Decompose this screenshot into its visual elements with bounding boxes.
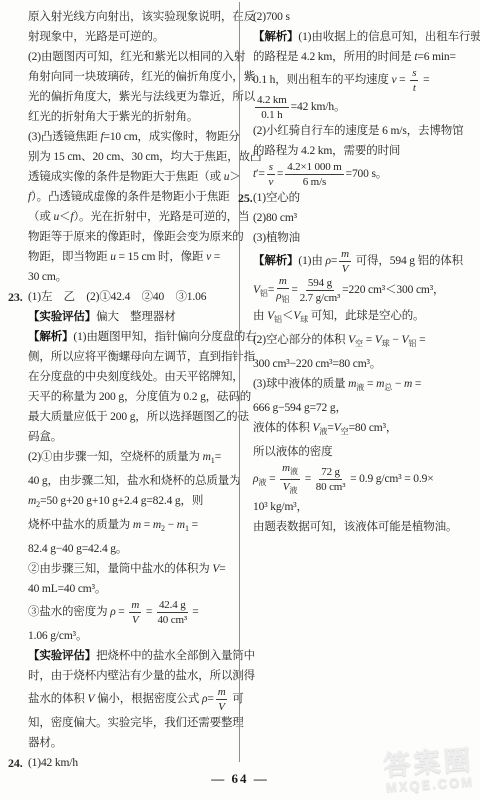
math-variable: v [206,251,211,263]
text-line: 【解析】(1)由题图甲知，指针偏向分度盘的右 [28,327,246,347]
text-line: 由题表数据可知，该液体可能是植物油。 [253,517,475,537]
text-line: 透镜成实像的条件是物距大于焦距（或 u＞ [28,167,246,187]
item-number: 25. [238,188,253,208]
text-line: 1.06 g/cm³。 [28,626,246,646]
text-line: (2)小红骑自行车的速度是 6 m/s，去博物馆 [253,121,475,141]
column-divider [239,2,240,762]
text-line: 物距等于原来的像距时，像距会变为原来的 [28,227,246,247]
math-variable: V [375,334,382,346]
fraction: mV [216,686,228,713]
text-line: m2=50 g+20 g+10 g+2.4 g=82.4 g，则 [28,491,246,515]
math-variable: u [110,251,116,263]
text-line: (2)①由步骤一知，空烧杯的质量为 m1= [28,447,246,471]
subscript: 铝 [260,289,268,298]
text-line: 原入射光线方向射出，该实验现象说明，在反 [28,7,246,27]
text-line: 天平的称量为 200 g，分度值为 0.2 g，砝码的 [28,387,246,407]
subscript: 液 [356,383,364,392]
text-line: ②由步骤三知，量筒中盐水的体积为 V= [28,559,246,579]
math-variable: m [341,248,349,260]
fraction: 4.2×1 000 m6 m/s [285,161,343,188]
math-variable: t [253,168,256,180]
fraction: 72 g80 cm³ [316,466,346,493]
text-line: 角射向同一块玻璃砖，红光的偏折角度小，紫 [28,67,246,87]
text-line: 时，由于烧杯内壁沾有少量的盐水，所以测得 [28,666,246,686]
text-line: 由 V铝＜V球 可知，此球是空心的。 [253,306,475,330]
math-variable: m [203,451,211,463]
text-line: 最大质量应低于 200 g，所以选择题图乙的砝 [28,407,246,427]
text-line: 盐水的体积 V 偏小，根据密度公式 ρ=mV 可 [28,686,246,713]
fraction: m液V液 [280,462,300,497]
math-variable: m [28,495,36,507]
text-line: 在分度盘的中央刻度线处。由天平铭牌知， [28,367,246,387]
item-number: 24. [8,753,23,773]
fraction: 594 g2.7 g/cm³ [300,277,340,304]
math-variable: V [218,701,225,713]
math-variable: m [133,519,141,531]
text-line: f）。凸透镜成虚像的条件是物距小于焦距 [28,187,246,207]
fraction: mV [339,248,351,275]
fraction: mρ铝 [276,275,289,306]
math-variable: t [413,82,416,94]
text-line: 82.4 g−40 g=42.4 g。 [28,539,246,559]
text-line: 23.(1)左 乙 (2)①42.4 ②40 ③1.06 [28,287,246,307]
fraction: sv [267,161,275,188]
text-line: 40 g，由步骤二知，盐水和烧杯的总质量为 [28,471,246,491]
subscript: 铝 [281,295,289,304]
text-line: (2)空心部分的体积 V空 = V球 − V铝 = [253,330,475,354]
math-variable: v [268,176,273,188]
subscript: 2 [36,500,40,509]
left-column: 原入射光线方向射出，该实验现象说明，在反射现象中，光路是可逆的。(2)由题图丙可… [28,7,246,773]
subscript: 2 [161,524,165,533]
fraction: st [410,67,418,94]
math-variable: V [132,614,139,626]
fraction: 4.2 km0.1 h [255,94,289,121]
text-line: ③盐水的密度为 ρ = mV = 42.4 g40 cm³ = [28,599,246,626]
math-variable: ρ [325,255,330,267]
math-variable: V [348,334,355,346]
text-line: V铝=mρ铝=594 g2.7 g/cm³=220 cm³＜300 cm³， [253,275,475,306]
math-variable: m [131,599,139,611]
watermark: 答案圈 MXQE.COM [383,746,476,795]
text-line: 0.1 h，则出租车的平均速度 v = st = [253,67,475,94]
math-variable: m [218,686,226,698]
text-line: 【解析】(1)由收据上的信息可知，出租车行驶 [253,27,475,47]
text-line: 物距，即当物距 u = 15 cm 时，像距 v = [28,247,246,267]
fraction: 42.4 g40 cm³ [157,599,188,626]
subscript: 液 [258,478,266,487]
math-variable: V [212,563,219,575]
text-line: 码盒。 [28,427,246,447]
subscript: 1 [185,524,189,533]
bold-text: 【解析】 [253,255,298,267]
right-column: (2)700 s【解析】(1)由收据上的信息可知，出租车行驶的路程是 4.2 k… [253,7,475,537]
text-line: 的路程为 4.2 km，需要的时间 [253,141,475,161]
subscript: 液 [290,467,298,476]
subscript: 液 [289,486,297,495]
bold-text: 【解析】 [253,31,298,43]
text-line: 24.(1)42 km/h [28,753,246,773]
text-line: 25.(1)空心的 [253,188,475,208]
bold-text: 【实验评估】 [28,650,96,662]
text-line: 40 mL=40 cm³。 [28,579,246,599]
text-line: 【实验评估】把烧杯中的盐水全部倒入量筒中 [28,646,246,666]
subscript: 铝 [408,339,416,348]
text-line: 光的偏折角度大，紫光与法线更为靠近，所以 [28,87,246,107]
math-variable: m [282,462,290,474]
text-line: (3)植物油 [253,228,475,248]
subscript: 空 [341,427,349,436]
subscript: 球 [300,315,308,324]
math-variable: m [279,275,287,287]
text-line: 射现象中，光路是可逆的。 [28,27,246,47]
math-variable: ρ [110,606,115,618]
math-variable: ρ [202,693,207,705]
math-variable: m [177,519,185,531]
item-number: 23. [8,287,23,307]
subscript: 总 [384,383,392,392]
bold-text: 【实验评估】 [28,311,96,323]
text-line: 666 g−594 g=72 g， [253,398,475,418]
math-variable: s [412,67,416,79]
math-variable: V [267,310,274,322]
text-line: 别为 15 cm、20 cm、30 cm，均大于焦距，故凸 [28,147,246,167]
text-line: 10³ kg/m³， [253,497,475,517]
text-line: 【实验评估】偏大 整理器材 [28,307,246,327]
text-line: 4.2 km0.1 h=42 km/h。 [253,94,475,121]
subscript: 1 [211,456,215,465]
math-variable: V [87,693,94,705]
math-variable: u [53,211,59,223]
math-variable: f [28,191,31,203]
math-variable: V [342,263,349,275]
math-variable: V [334,422,341,434]
text-line: 器材。 [28,733,246,753]
math-variable: m [404,378,412,390]
text-line: (3)球中液体的质量 m液 = m总 − m = [253,374,475,398]
math-variable: f [70,211,73,223]
text-line: 红光的折射角大于紫光的折射角。 [28,107,246,127]
math-variable: v [391,74,396,86]
text-line: (3)凸透镜焦距 f=10 cm，成实像时，物距分 [28,127,246,147]
subscript: 球 [382,339,390,348]
text-line: 烧杯中盐水的质量为 m = m2 − m1 = [28,515,246,539]
text-line: ρ液 = m液V液 = 72 g80 cm³ = 0.9 g/cm³ = 0.9… [253,462,475,497]
text-line: 所以液体的密度 [253,442,475,462]
math-variable: f [100,131,103,143]
text-line: (2)700 s [253,7,475,27]
text-line: 侧，所以应将平衡螺母向左调节，直到指针指 [28,347,246,367]
math-variable: t [414,51,417,63]
math-variable: m [153,519,161,531]
text-line: t′=sv=4.2×1 000 m6 m/s=700 s。 [253,161,475,188]
fraction: mV [129,599,141,626]
subscript: 铝 [274,315,282,324]
text-line: 的路程是 4.2 km，所用的时间是 t=6 min= [253,47,475,67]
text-line: 【解析】(1)由 ρ=mV 可得，594 g 铝的体积 [253,248,475,275]
text-line: 液体的体积 V液=V空=80 cm³， [253,418,475,442]
subscript: 液 [319,427,327,436]
text-line: 300 cm³−220 cm³=80 cm³。 [253,354,475,374]
math-variable: V [253,284,260,296]
bold-text: 【解析】 [28,331,73,343]
math-variable: u [224,171,230,183]
text-line: 30 cm。 [28,267,246,287]
text-line: (2)80 cm³ [253,208,475,228]
answer-page: 原入射光线方向射出，该实验现象说明，在反射现象中，光路是可逆的。(2)由题图丙可… [0,0,480,800]
text-line: (2)由题图丙可知，红光和紫光以相同的入射 [28,47,246,67]
text-line: （或 u＜f）。光在折射中，光路是可逆的，当 [28,207,246,227]
math-variable: s [269,161,273,173]
subscript: 空 [355,339,363,348]
text-line: 知，密度偏大。实验完毕，我们还需要整理 [28,713,246,733]
